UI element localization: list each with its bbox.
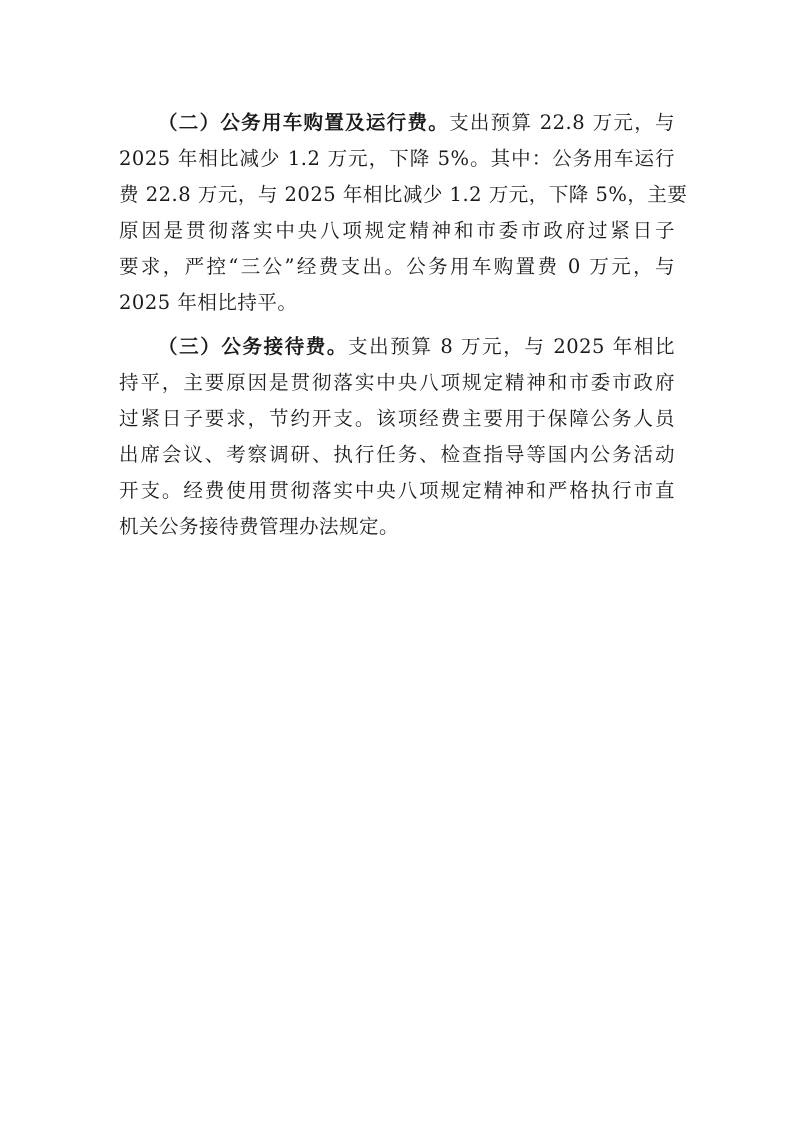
paragraph-line: 费 22.8 万元，与 2025 年相比减少 1.2 万元，下降 5%，主要 bbox=[119, 177, 675, 213]
paragraph-line: （二）公务用车购置及运行费。支出预算 22.8 万元，与 bbox=[119, 105, 675, 141]
paragraph-line: 出席会议、考察调研、执行任务、检查指导等国内公务活动 bbox=[119, 437, 675, 473]
paragraph-line: 要求，严控“三公”经费支出。公务用车购置费 0 万元，与 bbox=[119, 249, 675, 285]
paragraph-line: （三）公务接待费。支出预算 8 万元，与 2025 年相比 bbox=[119, 329, 675, 365]
paragraph-line: 过紧日子要求，节约开支。该项经费主要用于保障公务人员 bbox=[119, 401, 675, 437]
document-page: （二）公务用车购置及运行费。支出预算 22.8 万元，与 2025 年相比减少 … bbox=[119, 105, 675, 553]
paragraph-line: 2025 年相比减少 1.2 万元，下降 5%。其中：公务用车运行 bbox=[119, 141, 675, 177]
section-heading: （二）公务用车购置及运行费。 bbox=[158, 111, 449, 134]
paragraph-line: 机关公务接待费管理办法规定。 bbox=[119, 509, 675, 545]
paragraph-line: 2025 年相比持平。 bbox=[119, 285, 675, 321]
paragraph-vehicle-expenses: （二）公务用车购置及运行费。支出预算 22.8 万元，与 2025 年相比减少 … bbox=[119, 105, 675, 321]
paragraph-line: 原因是贯彻落实中央八项规定精神和市委市政府过紧日子 bbox=[119, 213, 675, 249]
paragraph-reception-expenses: （三）公务接待费。支出预算 8 万元，与 2025 年相比 持平，主要原因是贯彻… bbox=[119, 329, 675, 545]
section-heading: （三）公务接待费。 bbox=[158, 335, 348, 358]
paragraph-line: 开支。经费使用贯彻落实中央八项规定精神和严格执行市直 bbox=[119, 473, 675, 509]
paragraph-line: 持平，主要原因是贯彻落实中央八项规定精神和市委市政府 bbox=[119, 365, 675, 401]
